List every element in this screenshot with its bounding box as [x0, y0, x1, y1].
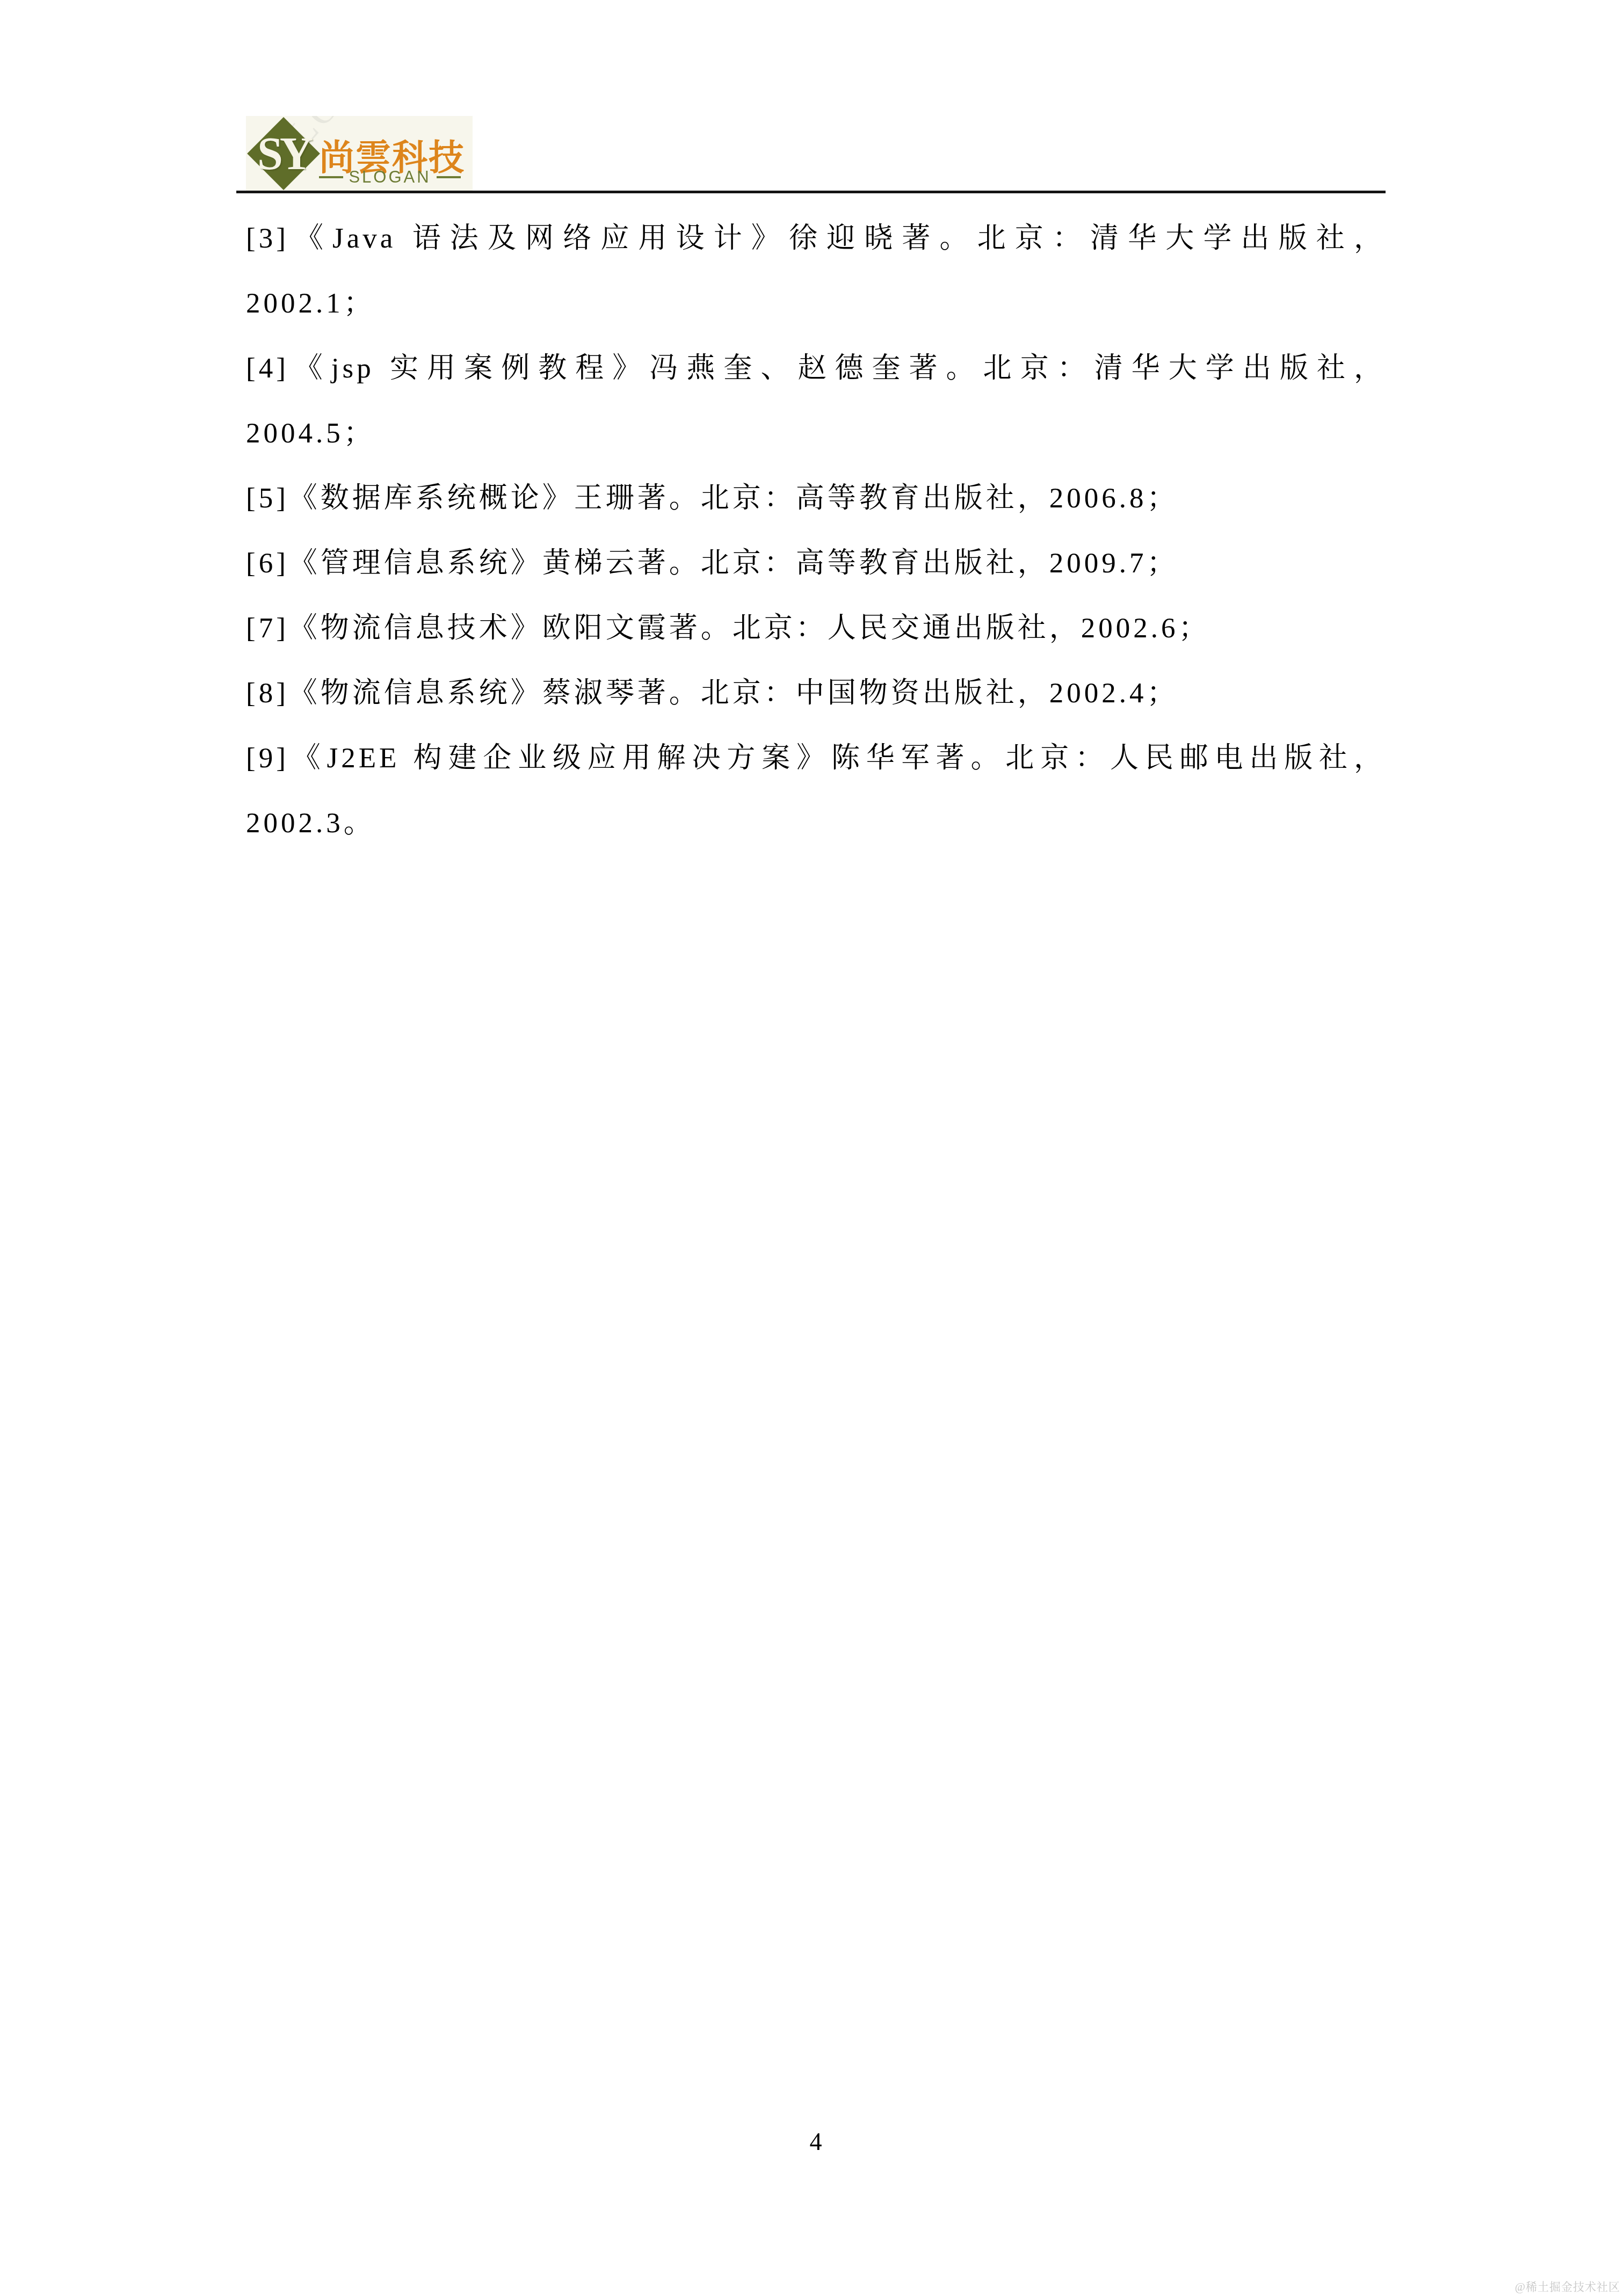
company-logo: LOGO SY 尚雲科技 SLOGAN — [246, 116, 473, 191]
reference-line: [7]《物流信息技术》欧阳文霞著。北京：人民交通出版社，2002.6； — [246, 596, 1386, 661]
logo-monogram: SY — [246, 116, 321, 191]
reference-line-continuation: 2002.1； — [246, 271, 1386, 336]
reference-line-continuation: 2002.3。 — [246, 791, 1386, 856]
reference-line: [4]《jsp 实用案例教程》冯燕奎、赵德奎著。北京：清华大学出版社， — [246, 336, 1386, 401]
reference-line: [8]《物流信息系统》蔡淑琴著。北京：中国物资出版社，2002.4； — [246, 661, 1386, 726]
reference-line-continuation: 2004.5； — [246, 401, 1386, 466]
reference-line: [5]《数据库系统概论》王珊著。北京：高等教育出版社，2006.8； — [246, 466, 1386, 531]
page-number: 4 — [246, 2127, 1386, 2156]
document-page: LOGO SY 尚雲科技 SLOGAN [3]《Java 语法及网络应用设计》徐… — [0, 0, 1624, 2296]
reference-line: [3]《Java 语法及网络应用设计》徐迎晓著。北京：清华大学出版社， — [246, 206, 1386, 271]
slogan-right-dash — [437, 176, 461, 178]
reference-line: [6]《管理信息系统》黄梯云著。北京：高等教育出版社，2009.7； — [246, 531, 1386, 596]
reference-line: [9]《J2EE 构建企业级应用解决方案》陈华军著。北京：人民邮电出版社， — [246, 726, 1386, 791]
logo-slogan: SLOGAN — [349, 168, 431, 187]
header-divider — [236, 191, 1386, 193]
slogan-left-dash — [319, 176, 343, 178]
logo-slogan-row: SLOGAN — [319, 166, 461, 188]
site-watermark: @稀土掘金技术社区 — [1515, 2278, 1620, 2294]
references-list: [3]《Java 语法及网络应用设计》徐迎晓著。北京：清华大学出版社， 2002… — [246, 206, 1386, 856]
